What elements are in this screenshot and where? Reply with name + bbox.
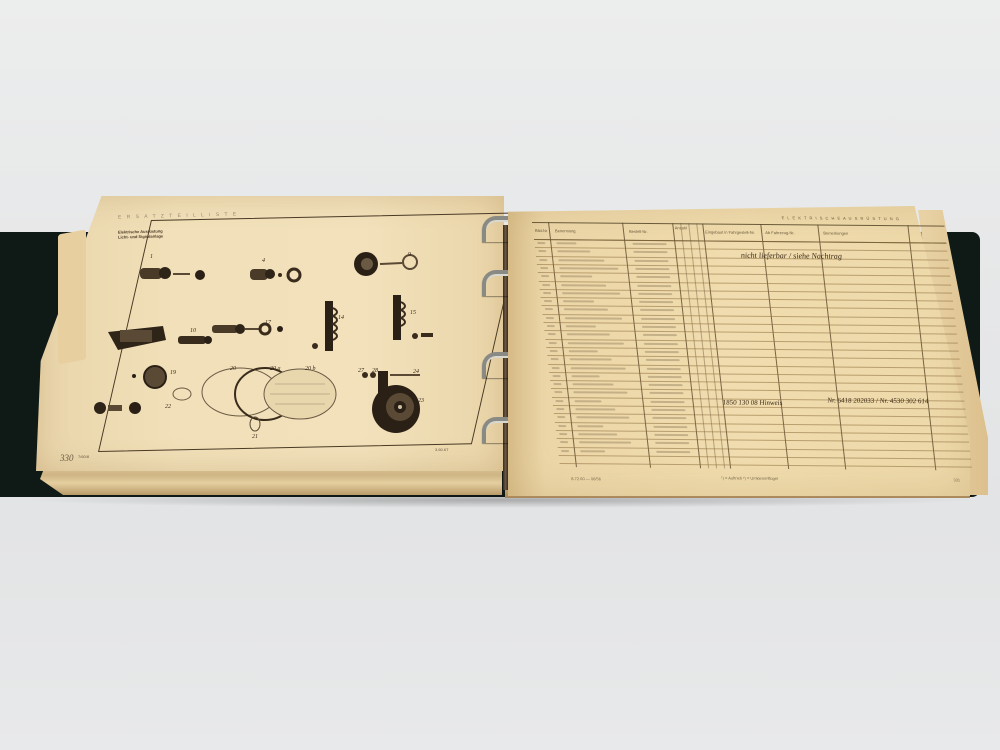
blurred-cell-text (639, 301, 673, 303)
blurred-cell-text (575, 408, 615, 410)
blurred-cell-text (578, 433, 617, 435)
column-header: Ab Fahrzeug-Nr. (765, 230, 795, 235)
blurred-cell-text (559, 433, 567, 435)
blurred-cell-text (646, 359, 680, 361)
part-label: 17 (265, 320, 271, 326)
table-row (559, 455, 972, 460)
blurred-cell-text (548, 333, 556, 335)
right-page-header: E L E K T R I S C H E A U S R Ü S T U N … (781, 215, 900, 221)
handwritten-note: nicht lieferbar / siehe Nachtrag (740, 251, 842, 261)
dimmer-switch-icon (108, 318, 218, 358)
socket-part-icon (248, 264, 308, 286)
blurred-cell-text (656, 450, 690, 452)
table-row (538, 272, 951, 277)
bulb-holder-icon (210, 318, 290, 340)
blurred-cell-text (551, 367, 559, 369)
blurred-cell-text (558, 425, 566, 427)
blurred-cell-text (539, 259, 547, 261)
table-row (558, 446, 971, 451)
blurred-cell-text (538, 250, 546, 252)
blurred-cell-text (642, 326, 676, 328)
blurred-cell-text (552, 375, 560, 377)
part-label: 9 (408, 252, 411, 258)
blurred-cell-text (569, 350, 598, 352)
left-page-footer-right: 3.60.6T (435, 447, 449, 452)
blurred-cell-text (637, 284, 671, 286)
blurred-cell-text (537, 242, 545, 244)
regulator-right-icon (385, 292, 440, 347)
part-label: 20 a (270, 366, 281, 372)
blurred-cell-text (561, 284, 606, 286)
blurred-cell-text (557, 416, 565, 418)
blurred-cell-text (579, 441, 631, 443)
blurred-cell-text (550, 350, 558, 352)
part-label: 28 (372, 368, 378, 374)
blurred-cell-text (568, 342, 624, 344)
column-header: Eingebaut in Fahrgestell-Nr. (705, 230, 755, 235)
part-label: 20 b (305, 366, 316, 372)
blurred-cell-text (641, 318, 675, 320)
blurred-cell-text (542, 284, 550, 286)
blurred-cell-text (650, 401, 684, 403)
table-row (559, 463, 972, 468)
blurred-cell-text (635, 268, 669, 270)
part-label: 24 (413, 369, 419, 375)
blurred-cell-text (632, 243, 666, 245)
regulator-left-icon (305, 298, 355, 353)
part-label: 10 (190, 328, 196, 334)
blurred-cell-text (571, 367, 626, 369)
blurred-cell-text (570, 358, 612, 360)
blurred-cell-text (648, 384, 682, 386)
blurred-cell-text (647, 367, 681, 369)
blurred-cell-text (651, 409, 685, 411)
blurred-cell-text (545, 308, 553, 310)
part-label: 27 (358, 368, 364, 374)
blurred-cell-text (633, 251, 667, 253)
right-page-footer-right: 331 (953, 477, 960, 482)
blurred-cell-text (544, 300, 552, 302)
blurred-cell-text (574, 400, 601, 402)
part-label: 4 (262, 258, 265, 264)
blurred-cell-text (541, 275, 549, 277)
blurred-cell-text (577, 425, 603, 427)
blurred-cell-text (648, 376, 682, 378)
blurred-cell-text (559, 267, 618, 270)
right-page-footer-left: 8.72.60 — 06/56 (571, 476, 601, 481)
part-label: 20 (230, 366, 236, 372)
blurred-cell-text (558, 259, 604, 261)
blurred-cell-text (580, 450, 605, 452)
blurred-cell-text (653, 425, 687, 427)
headlamp-assembly-icon (170, 362, 340, 442)
blurred-cell-text (652, 417, 686, 419)
blurred-cell-text (572, 383, 613, 385)
part-label: 1 (150, 254, 153, 260)
blurred-cell-text (649, 392, 683, 394)
blurred-cell-text (546, 317, 554, 319)
blurred-cell-text (556, 242, 576, 244)
blurred-cell-text (547, 325, 555, 327)
blurred-cell-text (645, 351, 679, 353)
blurred-cell-text (571, 375, 599, 377)
part-label: 19 (170, 370, 176, 376)
blurred-cell-text (566, 325, 596, 327)
blurred-cell-text (549, 342, 557, 344)
part-label: 22 (165, 404, 171, 410)
blurred-cell-text (553, 383, 561, 385)
blurred-cell-text (565, 317, 622, 319)
column-header: Bild-Nr. (535, 228, 549, 233)
table-row (543, 322, 956, 327)
blurred-cell-text (551, 358, 559, 360)
right-page-footer-legend: ¹) = Auftrieb ²) = Umklemmflügel (721, 475, 778, 480)
switch-part-icon (135, 262, 225, 287)
part-label: 14 (338, 315, 344, 321)
blurred-cell-text (554, 391, 562, 393)
blurred-cell-text (634, 259, 668, 261)
blurred-cell-text (640, 309, 674, 311)
blurred-cell-text (643, 334, 677, 336)
parts-table: E L E K T R I S C H E A U S R Ü S T U N … (532, 222, 973, 476)
blurred-cell-text (644, 342, 678, 344)
part-label: 15 (410, 310, 416, 316)
small-socket-icon (90, 398, 160, 418)
blurred-cell-text (562, 292, 620, 295)
blurred-cell-text (561, 450, 569, 452)
blurred-cell-text (557, 250, 590, 252)
ignition-lock-key-icon (352, 250, 422, 280)
table-row (546, 347, 959, 352)
blurred-cell-text (560, 275, 592, 277)
column-header: Bestell-Nr. (629, 229, 648, 234)
handwritten-note: Nr. 6418 202033 / Nr. 4530 302 614 (827, 396, 929, 405)
blurred-cell-text (654, 434, 688, 436)
table-row (555, 422, 968, 427)
blurred-cell-text (563, 300, 594, 302)
part-label: 21 (252, 434, 258, 440)
left-page-tab (58, 230, 86, 365)
blurred-cell-text (564, 309, 608, 311)
blurred-cell-text (556, 408, 564, 410)
table-row (541, 297, 954, 302)
table-row (556, 430, 969, 435)
blurred-cell-text (655, 442, 689, 444)
blurred-cell-text (573, 392, 627, 394)
part-label: 23 (418, 398, 424, 404)
blurred-cell-text (540, 267, 548, 269)
blurred-cell-text (567, 333, 610, 335)
blurred-cell-text (543, 292, 551, 294)
table-row (549, 372, 962, 377)
handwritten-note: 1850 130 08 Hinweis (722, 398, 783, 407)
blurred-cell-text (560, 441, 568, 443)
left-page-number: 330 (60, 453, 74, 463)
column-header: Bemerkungen (823, 231, 849, 236)
left-page-footer-code: 7/60/8 (78, 454, 89, 459)
blurred-cell-text (576, 416, 629, 418)
blurred-cell-text (555, 400, 563, 402)
blurred-cell-text (638, 293, 672, 295)
lamp-lens-icon (130, 362, 175, 392)
blurred-cell-text (636, 276, 670, 278)
column-header: Benennung (555, 228, 576, 233)
